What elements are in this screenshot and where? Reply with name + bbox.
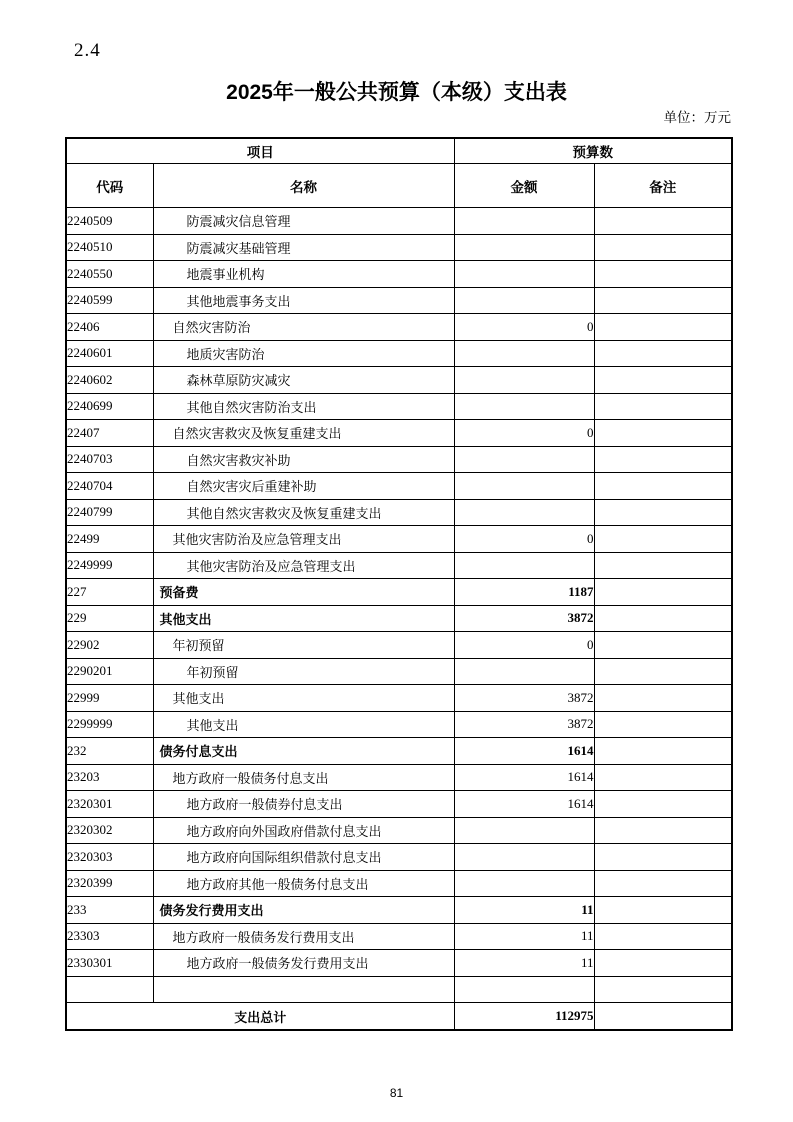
name-cell [153, 976, 454, 1003]
note-cell [594, 499, 732, 526]
table-row [66, 976, 732, 1003]
amount-cell [454, 208, 594, 235]
name-cell: 地方政府一般债务发行费用支出 [153, 950, 454, 977]
note-cell [594, 738, 732, 765]
note-cell [594, 446, 732, 473]
name-cell: 债务付息支出 [153, 738, 454, 765]
code-cell: 2240509 [66, 208, 153, 235]
table-row: 227 预备费 1187 [66, 579, 732, 606]
name-cell: 年初预留 [153, 632, 454, 659]
name-cell: 债务发行费用支出 [153, 897, 454, 924]
note-cell [594, 923, 732, 950]
header-amount: 金额 [454, 164, 594, 208]
amount-cell: 3872 [454, 711, 594, 738]
code-cell: 233 [66, 897, 153, 924]
amount-cell [454, 261, 594, 288]
amount-cell [454, 287, 594, 314]
name-cell: 年初预留 [153, 658, 454, 685]
amount-cell [454, 473, 594, 500]
amount-cell [454, 234, 594, 261]
code-cell: 2240699 [66, 393, 153, 420]
table-row: 2320301 地方政府一般债券付息支出 1614 [66, 791, 732, 818]
amount-cell [454, 367, 594, 394]
name-cell: 地震事业机构 [153, 261, 454, 288]
note-cell [594, 658, 732, 685]
code-cell: 2240599 [66, 287, 153, 314]
header-note: 备注 [594, 164, 732, 208]
budget-table: 项目 预算数 代码 名称 金额 备注 2240509 防震减灾信息管理 2240… [65, 137, 733, 1031]
note-cell [594, 340, 732, 367]
table-row: 22499 其他灾害防治及应急管理支出 0 [66, 526, 732, 553]
note-cell [594, 897, 732, 924]
note-cell [594, 367, 732, 394]
total-note-cell [594, 1003, 732, 1031]
code-cell: 22902 [66, 632, 153, 659]
code-cell: 22999 [66, 685, 153, 712]
table-row: 229 其他支出 3872 [66, 605, 732, 632]
amount-cell: 0 [454, 632, 594, 659]
name-cell: 防震减灾信息管理 [153, 208, 454, 235]
note-cell [594, 287, 732, 314]
table-row: 2240599 其他地震事务支出 [66, 287, 732, 314]
code-cell: 2330301 [66, 950, 153, 977]
code-cell [66, 976, 153, 1003]
name-cell: 其他自然灾害救灾及恢复重建支出 [153, 499, 454, 526]
name-cell: 森林草原防灾减灾 [153, 367, 454, 394]
table-row: 22406 自然灾害防治 0 [66, 314, 732, 341]
unit-label: 单位：万元 [664, 106, 732, 126]
name-cell: 其他灾害防治及应急管理支出 [153, 552, 454, 579]
amount-cell [454, 499, 594, 526]
name-cell: 地方政府向国际组织借款付息支出 [153, 844, 454, 871]
total-label-cell: 支出总计 [66, 1003, 454, 1031]
table-row: 2240509 防震减灾信息管理 [66, 208, 732, 235]
code-cell: 2320399 [66, 870, 153, 897]
amount-cell [454, 340, 594, 367]
table-row: 233 债务发行费用支出 11 [66, 897, 732, 924]
note-cell [594, 526, 732, 553]
amount-cell: 0 [454, 420, 594, 447]
name-cell: 地方政府向外国政府借款付息支出 [153, 817, 454, 844]
amount-cell: 3872 [454, 605, 594, 632]
note-cell [594, 208, 732, 235]
table-row: 2240699 其他自然灾害防治支出 [66, 393, 732, 420]
name-cell: 其他支出 [153, 685, 454, 712]
name-cell: 其他地震事务支出 [153, 287, 454, 314]
note-cell [594, 579, 732, 606]
table-row: 2290201 年初预留 [66, 658, 732, 685]
page-container: 2.4 2025年一般公共预算（本级）支出表 单位：万元 项目 预算数 代码 名… [0, 0, 793, 1122]
code-cell: 23303 [66, 923, 153, 950]
page-title: 2025年一般公共预算（本级）支出表 [0, 76, 793, 106]
table-row: 2240704 自然灾害灾后重建补助 [66, 473, 732, 500]
name-cell: 自然灾害灾后重建补助 [153, 473, 454, 500]
amount-cell: 11 [454, 897, 594, 924]
table-row: 23303 地方政府一般债务发行费用支出 11 [66, 923, 732, 950]
code-cell: 23203 [66, 764, 153, 791]
page-number: 81 [0, 1086, 793, 1100]
note-cell [594, 234, 732, 261]
code-cell: 2290201 [66, 658, 153, 685]
name-cell: 其他支出 [153, 711, 454, 738]
table-row: 23203 地方政府一般债务付息支出 1614 [66, 764, 732, 791]
table-row: 2330301 地方政府一般债务发行费用支出 11 [66, 950, 732, 977]
header-code: 代码 [66, 164, 153, 208]
table-row: 2320399 地方政府其他一般债务付息支出 [66, 870, 732, 897]
code-cell: 229 [66, 605, 153, 632]
code-cell: 2320303 [66, 844, 153, 871]
name-cell: 其他灾害防治及应急管理支出 [153, 526, 454, 553]
table-row: 22407 自然灾害救灾及恢复重建支出 0 [66, 420, 732, 447]
code-cell: 2320302 [66, 817, 153, 844]
code-cell: 2240601 [66, 340, 153, 367]
amount-cell: 1187 [454, 579, 594, 606]
table-row: 2240703 自然灾害救灾补助 [66, 446, 732, 473]
table-row: 2320302 地方政府向外国政府借款付息支出 [66, 817, 732, 844]
code-cell: 2240602 [66, 367, 153, 394]
amount-cell: 11 [454, 950, 594, 977]
amount-cell [454, 817, 594, 844]
table-row: 2320303 地方政府向国际组织借款付息支出 [66, 844, 732, 871]
note-cell [594, 791, 732, 818]
note-cell [594, 976, 732, 1003]
code-cell: 2240799 [66, 499, 153, 526]
code-cell: 22406 [66, 314, 153, 341]
note-cell [594, 632, 732, 659]
total-row: 支出总计 112975 [66, 1003, 732, 1031]
amount-cell: 3872 [454, 685, 594, 712]
amount-cell [454, 844, 594, 871]
code-cell: 2249999 [66, 552, 153, 579]
name-cell: 地方政府其他一般债务付息支出 [153, 870, 454, 897]
code-cell: 22407 [66, 420, 153, 447]
note-cell [594, 711, 732, 738]
code-cell: 2240550 [66, 261, 153, 288]
note-cell [594, 685, 732, 712]
table-row: 22902 年初预留 0 [66, 632, 732, 659]
amount-cell [454, 446, 594, 473]
amount-cell: 1614 [454, 738, 594, 765]
note-cell [594, 870, 732, 897]
amount-cell: 11 [454, 923, 594, 950]
code-cell: 2240704 [66, 473, 153, 500]
code-cell: 227 [66, 579, 153, 606]
header-columns-row: 代码 名称 金额 备注 [66, 164, 732, 208]
table-row: 2240550 地震事业机构 [66, 261, 732, 288]
table-row: 2240602 森林草原防灾减灾 [66, 367, 732, 394]
table-row: 22999 其他支出 3872 [66, 685, 732, 712]
name-cell: 地方政府一般债务付息支出 [153, 764, 454, 791]
code-cell: 2299999 [66, 711, 153, 738]
name-cell: 自然灾害救灾补助 [153, 446, 454, 473]
table-body: 项目 预算数 代码 名称 金额 备注 2240509 防震减灾信息管理 2240… [66, 138, 732, 1030]
name-cell: 地方政府一般债务发行费用支出 [153, 923, 454, 950]
note-cell [594, 473, 732, 500]
amount-cell: 1614 [454, 764, 594, 791]
name-cell: 自然灾害救灾及恢复重建支出 [153, 420, 454, 447]
name-cell: 其他支出 [153, 605, 454, 632]
header-name: 名称 [153, 164, 454, 208]
note-cell [594, 314, 732, 341]
table-row: 2249999 其他灾害防治及应急管理支出 [66, 552, 732, 579]
name-cell: 防震减灾基础管理 [153, 234, 454, 261]
name-cell: 地方政府一般债券付息支出 [153, 791, 454, 818]
code-cell: 232 [66, 738, 153, 765]
note-cell [594, 844, 732, 871]
header-project: 项目 [66, 138, 454, 164]
table-row: 2299999 其他支出 3872 [66, 711, 732, 738]
note-cell [594, 764, 732, 791]
table-row: 2240601 地质灾害防治 [66, 340, 732, 367]
name-cell: 自然灾害防治 [153, 314, 454, 341]
note-cell [594, 420, 732, 447]
code-cell: 2240510 [66, 234, 153, 261]
amount-cell: 1614 [454, 791, 594, 818]
code-cell: 22499 [66, 526, 153, 553]
amount-cell [454, 870, 594, 897]
note-cell [594, 552, 732, 579]
amount-cell [454, 393, 594, 420]
amount-cell [454, 658, 594, 685]
name-cell: 其他自然灾害防治支出 [153, 393, 454, 420]
amount-cell [454, 552, 594, 579]
code-cell: 2240703 [66, 446, 153, 473]
header-group-row: 项目 预算数 [66, 138, 732, 164]
name-cell: 预备费 [153, 579, 454, 606]
note-cell [594, 817, 732, 844]
section-number: 2.4 [74, 40, 101, 62]
note-cell [594, 605, 732, 632]
header-budget: 预算数 [454, 138, 732, 164]
total-amount-cell: 112975 [454, 1003, 594, 1031]
code-cell: 2320301 [66, 791, 153, 818]
note-cell [594, 950, 732, 977]
note-cell [594, 261, 732, 288]
amount-cell: 0 [454, 526, 594, 553]
name-cell: 地质灾害防治 [153, 340, 454, 367]
amount-cell [454, 976, 594, 1003]
table-row: 232 债务付息支出 1614 [66, 738, 732, 765]
table-row: 2240799 其他自然灾害救灾及恢复重建支出 [66, 499, 732, 526]
table-row: 2240510 防震减灾基础管理 [66, 234, 732, 261]
amount-cell: 0 [454, 314, 594, 341]
note-cell [594, 393, 732, 420]
